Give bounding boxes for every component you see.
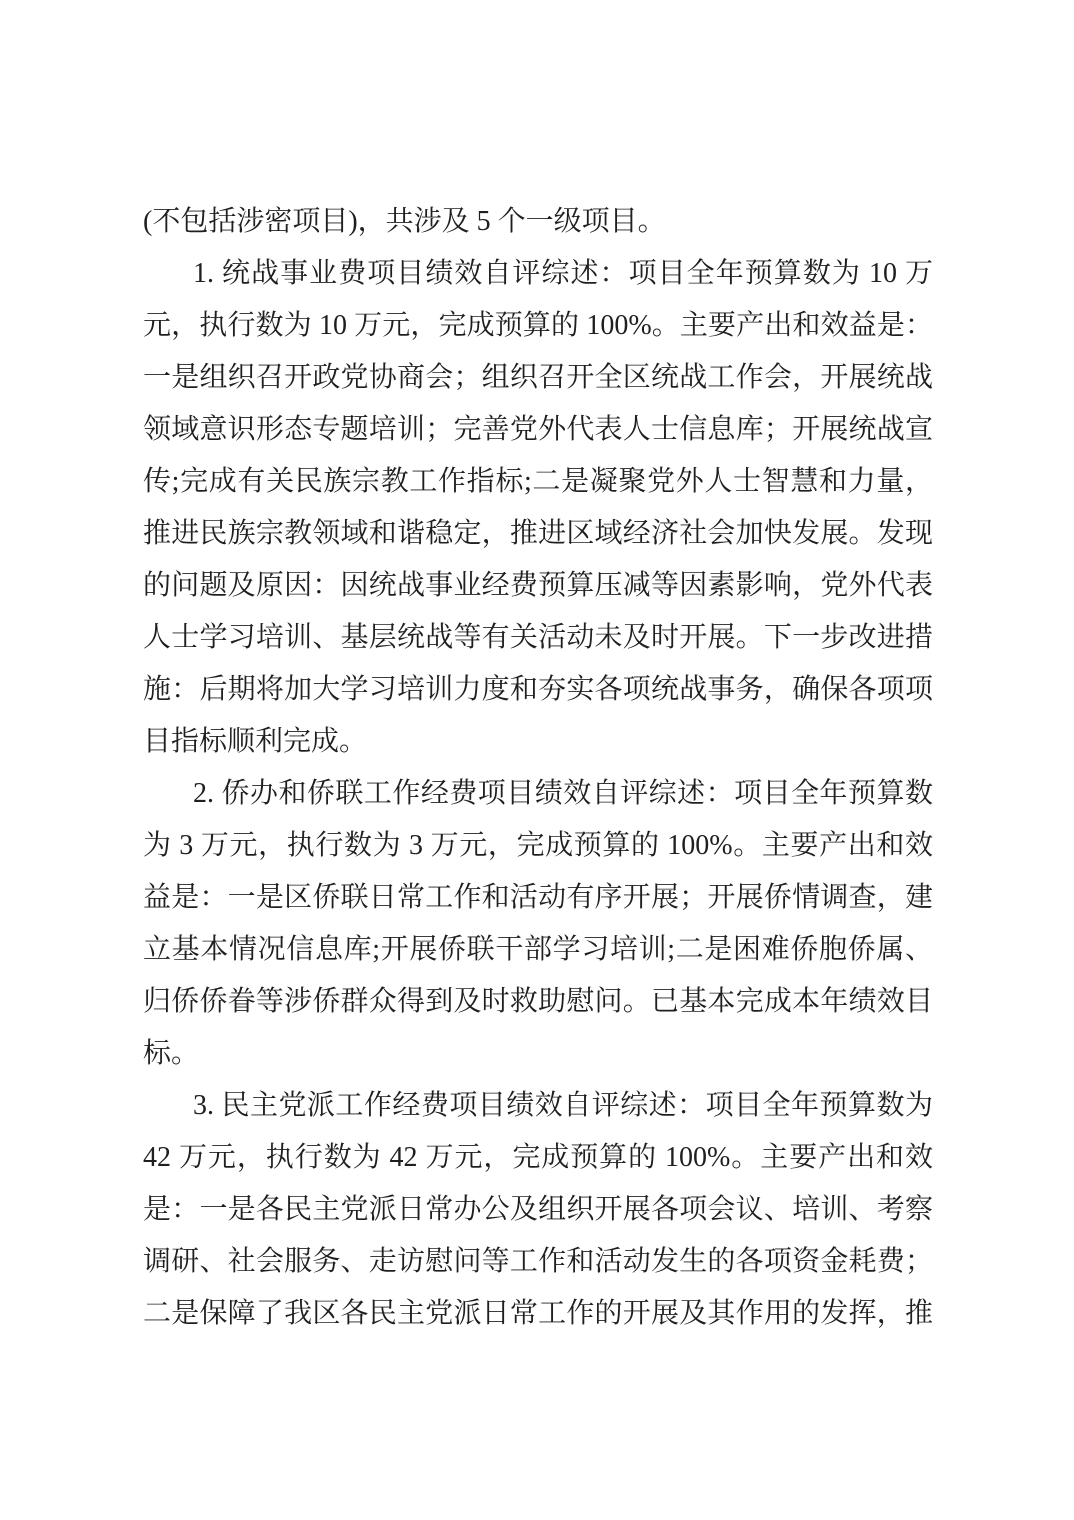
text-line: 为 3 万元，执行数为 3 万元，完成预算的 100%。主要产出和效 xyxy=(143,820,933,872)
text-line: 立基本情况信息库;开展侨联干部学习培训;二是困难侨胞侨属、 xyxy=(143,924,933,976)
text-line: 益是：一是区侨联日常工作和活动有序开展；开展侨情调查，建 xyxy=(143,872,933,924)
text-line: 调研、社会服务、走访慰问等工作和活动发生的各项资金耗费； xyxy=(143,1236,933,1288)
text-line: 是：一是各民主党派日常办公及组织开展各项会议、培训、考察 xyxy=(143,1184,933,1236)
text-line: 领域意识形态专题培训；完善党外代表人士信息库；开展统战宣 xyxy=(143,404,933,456)
text-line: 目指标顺利完成。 xyxy=(143,716,933,768)
text-line: 人士学习培训、基层统战等有关活动未及时开展。下一步改进措 xyxy=(143,612,933,664)
document-page: (不包括涉密项目)，共涉及 5 个一级项目。1. 统战事业费项目绩效自评综述：项… xyxy=(0,0,1074,1520)
text-line: 标。 xyxy=(143,1028,933,1080)
text-line: 元，执行数为 10 万元，完成预算的 100%。主要产出和效益是： xyxy=(143,300,933,352)
text-line: 3. 民主党派工作经费项目绩效自评综述：项目全年预算数为 xyxy=(143,1080,933,1132)
text-line: 的问题及原因：因统战事业经费预算压减等因素影响，党外代表 xyxy=(143,560,933,612)
text-line: 二是保障了我区各民主党派日常工作的开展及其作用的发挥，推 xyxy=(143,1288,933,1340)
document-body: (不包括涉密项目)，共涉及 5 个一级项目。1. 统战事业费项目绩效自评综述：项… xyxy=(143,196,933,1340)
text-line: 推进民族宗教领域和谐稳定，推进区域经济社会加快发展。发现 xyxy=(143,508,933,560)
text-line: (不包括涉密项目)，共涉及 5 个一级项目。 xyxy=(143,196,933,248)
text-line: 42 万元，执行数为 42 万元，完成预算的 100%。主要产出和效益 xyxy=(143,1132,933,1184)
text-line: 1. 统战事业费项目绩效自评综述：项目全年预算数为 10 万 xyxy=(143,248,933,300)
text-line: 2. 侨办和侨联工作经费项目绩效自评综述：项目全年预算数 xyxy=(143,768,933,820)
text-line: 一是组织召开政党协商会；组织召开全区统战工作会，开展统战 xyxy=(143,352,933,404)
text-line: 归侨侨眷等涉侨群众得到及时救助慰问。已基本完成本年绩效目 xyxy=(143,976,933,1028)
text-line: 施：后期将加大学习培训力度和夯实各项统战事务，确保各项项 xyxy=(143,664,933,716)
text-line: 传;完成有关民族宗教工作指标;二是凝聚党外人士智慧和力量， xyxy=(143,456,933,508)
